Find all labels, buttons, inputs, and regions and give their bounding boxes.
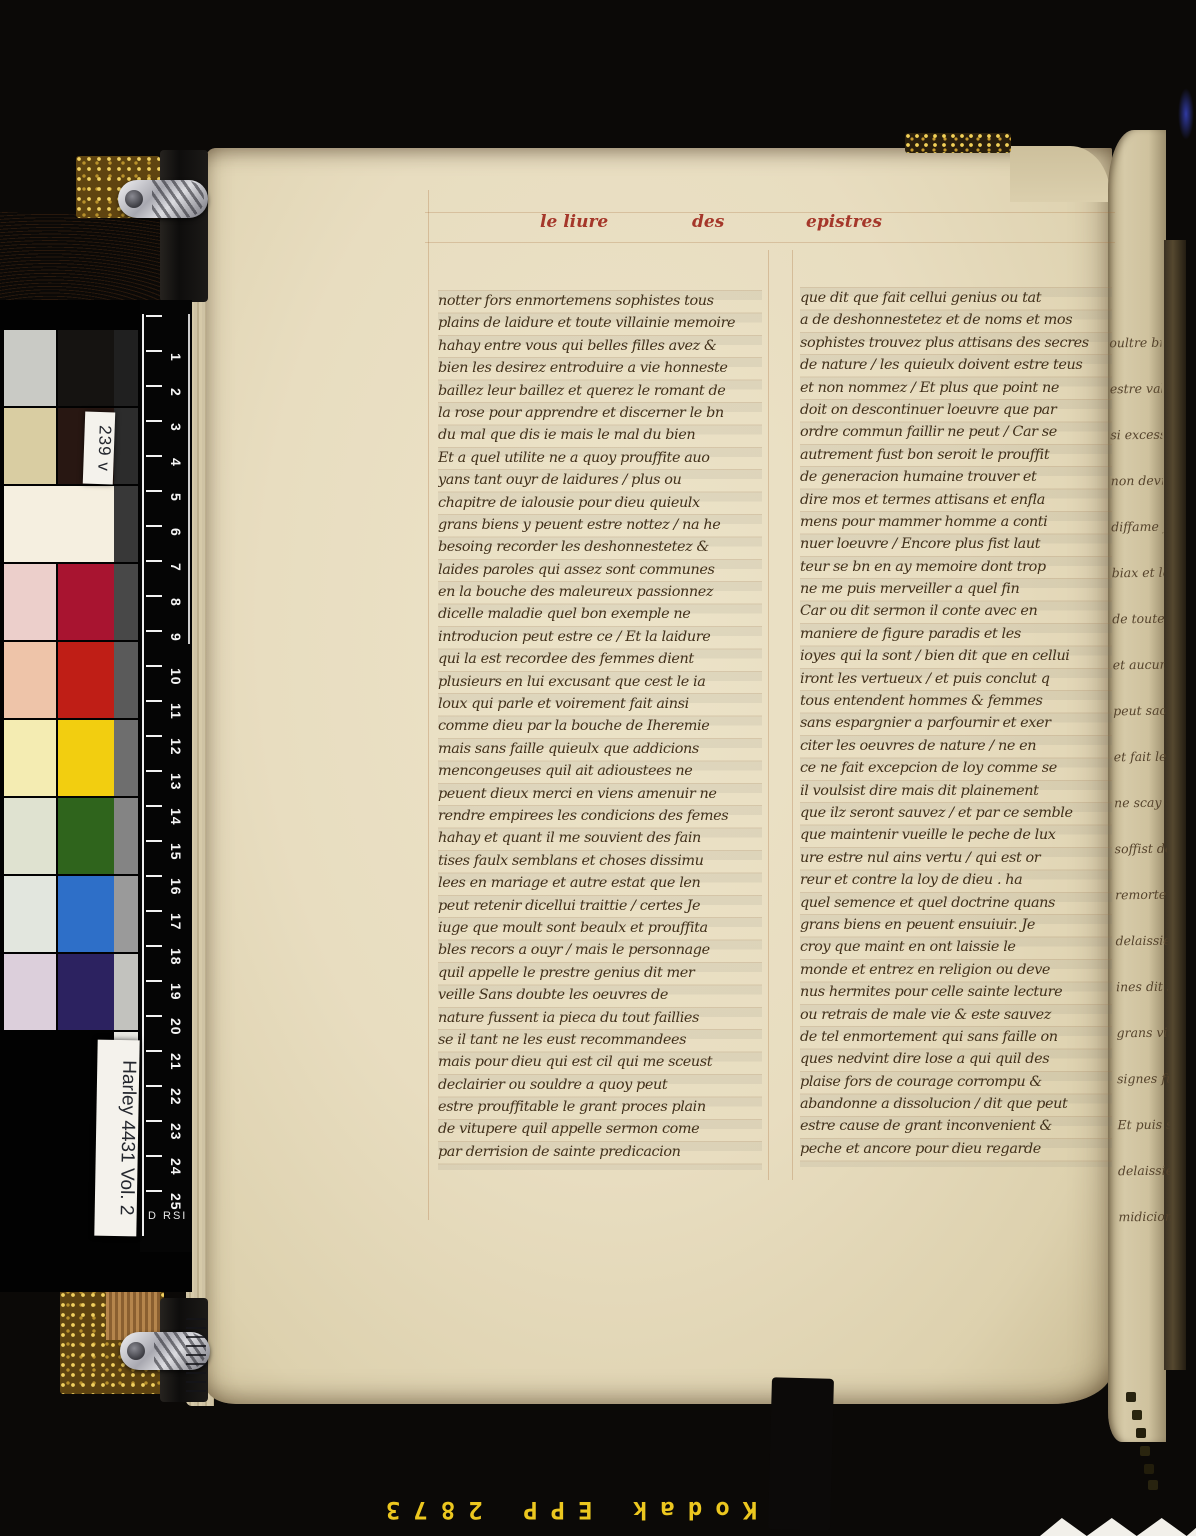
manuscript-text-line: du mal que dis ie mais le mal du bien <box>438 424 762 446</box>
manuscript-text-line: ne scay entends <box>1114 780 1166 827</box>
manuscript-text-line: dire mos et termes attisans et enfla <box>800 489 1112 511</box>
manuscript-text-line: plains de laidure et toute villainie mem… <box>438 312 762 334</box>
ruling-line-horizontal <box>425 242 1115 243</box>
manuscript-text-line: soffist de trem <box>1114 826 1166 873</box>
manuscript-text-line: de generacion humaine trouver et <box>800 466 1112 488</box>
manuscript-text-line: que maintenir vueille le peche de lux <box>800 824 1112 846</box>
manuscript-text-line: ce ne fait excepcion de loy comme se <box>800 757 1112 779</box>
shelfmark-label: Harley 4431 Vol. 2 <box>94 1040 139 1237</box>
manuscript-text-line: delaissier loeu <box>1115 918 1167 965</box>
manuscript-text-line: iront les vertueux / et puis conclut q <box>800 668 1112 690</box>
manuscript-text-line: biax et leurs m <box>1111 550 1163 597</box>
manuscript-text-line: de toute peates <box>1112 596 1164 643</box>
manuscript-text-line: de nature / les quieulx doivent estre te… <box>800 354 1112 376</box>
ruler-tick <box>146 315 162 317</box>
manuscript-text-line: introducion peut estre ce / Et la laidur… <box>438 626 762 648</box>
ruler-tick <box>146 560 162 562</box>
ruler-tick <box>146 1190 162 1192</box>
color-patch <box>4 876 56 952</box>
ruler-tick <box>146 770 162 772</box>
grayscale-step <box>114 564 138 640</box>
manuscript-text-line: notter fors enmortemens sophistes tous <box>438 290 762 312</box>
manuscript-text-line: et fait le ialou <box>1113 734 1165 781</box>
text-column-1: notter fors enmortemens sophistes touspl… <box>438 290 762 1170</box>
manuscript-text-line: grans biens en peuent ensuiuir. Je <box>800 914 1112 936</box>
manuscript-text-line: ioyes qui la sont / bien dit que en cell… <box>800 645 1112 667</box>
manuscript-text-line: se il tant ne les eust recommandees <box>438 1029 762 1051</box>
manuscript-text-line: comme dieu par la bouche de Iheremie <box>438 715 762 737</box>
manuscript-text-line: midicion de co <box>1118 1194 1170 1241</box>
manuscript-text-line: ne me puis merveiller a quel fin <box>800 578 1112 600</box>
manuscript-text-line: besoing recorder les deshonnestetez & <box>438 536 762 558</box>
manuscript-text-line: de vitupere quil appelle sermon come <box>438 1118 762 1140</box>
manuscript-text-line: quil appelle le prestre genius dit mer <box>438 962 762 984</box>
manuscript-text-line: estre cause de grant inconvenient & <box>800 1115 1112 1137</box>
manuscript-text-line: que ilz seront sauvez / et par ce semble <box>800 802 1112 824</box>
ruler-number: 1 <box>162 353 184 383</box>
film-stock-label: Kodak EPP 2873 <box>355 1488 775 1532</box>
color-patch <box>4 720 56 796</box>
running-title-word-3: epistres <box>806 212 882 232</box>
manuscript-text-line: que dit que fait cellui genius ou tat <box>800 287 1112 309</box>
ruler-tick <box>146 1015 162 1017</box>
manuscript-text-line: en la bouche des maleureux passionnez <box>438 581 762 603</box>
color-patch <box>4 564 56 640</box>
manuscript-text-line: doit on descontinuer loeuvre que par <box>800 399 1112 421</box>
manuscript-text-line: laides paroles qui assez sont communes <box>438 559 762 581</box>
grayscale-step <box>114 876 138 952</box>
manuscript-text-line: yans tant ouyr de laidures / plus ou <box>438 469 762 491</box>
ruler-tick <box>146 1085 162 1087</box>
grayscale-step <box>114 642 138 718</box>
ruler-number: 14 <box>162 808 184 838</box>
manuscript-text-line: ines dit sur to <box>1116 964 1168 1011</box>
ruler-tick <box>146 1120 162 1122</box>
ruler-tick <box>146 1155 162 1157</box>
grayscale-step <box>114 330 138 406</box>
ruler-number: 24 <box>162 1158 184 1188</box>
ruler-number: 9 <box>162 633 184 663</box>
ruler-number: 5 <box>162 493 184 523</box>
ruler-tick <box>146 665 162 667</box>
manuscript-text-line: plusieurs en lui excusant que cest le ia <box>438 671 762 693</box>
ruling-line-vertical <box>428 190 429 1220</box>
ruler-number: 2 <box>162 388 184 418</box>
ruler-tick <box>146 805 162 807</box>
manuscript-text-line: reur et contre la loy de dieu . ha <box>800 869 1112 891</box>
manuscript-text-line: si excessivemen <box>1110 412 1162 459</box>
ruler-number: 22 <box>162 1088 184 1118</box>
manuscript-text-line: nus hermites pour celle sainte lecture <box>800 981 1112 1003</box>
manuscript-text-line: Car ou dit sermon il conte avec en <box>800 600 1112 622</box>
ruler-tick <box>146 1050 162 1052</box>
ruler-tick <box>146 490 162 492</box>
manuscript-text-line: estre valable et <box>1110 366 1162 413</box>
ruler-tick <box>146 910 162 912</box>
ruler-number: 4 <box>162 458 184 488</box>
manuscript-text-line: monde et entrez en religion ou deve <box>800 959 1112 981</box>
ruler-number: 20 <box>162 1018 184 1048</box>
manuscript-text-line: tous entendent hommes & femmes <box>800 690 1112 712</box>
manuscript-text-line: abandonne a dissolucion / dit que peut <box>800 1093 1112 1115</box>
book-strap-bottom-gutter <box>768 1377 834 1531</box>
manuscript-text-line: signes fuyez f <box>1117 1056 1169 1103</box>
manuscript-text-line: declairier ou souldre a quoy peut <box>438 1074 762 1096</box>
manuscript-text-line: teur se bn en ay memoire dont trop <box>800 556 1112 578</box>
ruler-tick <box>146 980 162 982</box>
restraining-strap-top <box>160 150 208 302</box>
manuscript-text-line: ure estre nul ains vertu / qui est or <box>800 847 1112 869</box>
manuscript-text-line: sophistes trouvez plus attisans des secr… <box>800 332 1112 354</box>
ruler-number: 12 <box>162 738 184 768</box>
color-patch <box>4 486 114 562</box>
binding-edge-beads <box>1126 1392 1136 1402</box>
manuscript-photograph: 1234567891011121314151617181920212223242… <box>0 0 1196 1536</box>
ruler-number: 19 <box>162 983 184 1013</box>
small-metal-scale <box>186 1318 206 1396</box>
ruler-number: 10 <box>162 668 184 698</box>
manuscript-text-line: quel semence et quel doctrine quans <box>800 892 1112 914</box>
ruler-number: 11 <box>162 703 184 733</box>
ruling-line-vertical <box>792 250 793 1180</box>
color-patch <box>58 798 114 874</box>
film-edge-triangles <box>1040 1518 1196 1536</box>
manuscript-text-line: loux qui parle et voirement fait ainsi <box>438 693 762 715</box>
color-patch <box>4 642 56 718</box>
grayscale-step <box>114 720 138 796</box>
grayscale-step <box>114 486 138 562</box>
manuscript-text-line: bles recors a ouyr / mais le personnage <box>438 939 762 961</box>
manuscript-text-line: nuer loeuvre / Encore plus fist laut <box>800 533 1112 555</box>
manuscript-text-line: ou retrais de male vie & este sauvez <box>800 1004 1112 1026</box>
light-glint <box>1178 88 1194 140</box>
manuscript-text-line: grans biens y peuent estre nottez / na h… <box>438 514 762 536</box>
manuscript-text-line: nature fussent ia pieca du tout faillies <box>438 1007 762 1029</box>
ruler-tick <box>146 350 162 352</box>
manuscript-text-line: mens pour mammer homme a conti <box>800 511 1112 533</box>
manuscript-text-line: la rose pour apprendre et discerner le b… <box>438 402 762 424</box>
manuscript-text-line: veille Sans doubte les oeuvres de <box>438 984 762 1006</box>
grayscale-step <box>114 798 138 874</box>
manuscript-text-line: plaise fors de courage corrompu & <box>800 1071 1112 1093</box>
color-patch <box>58 876 114 952</box>
manuscript-text-line: remorte que l <box>1115 872 1167 919</box>
color-patch <box>4 798 56 874</box>
ruler-number: 6 <box>162 528 184 558</box>
ruler-footer-text: D RSI <box>148 1210 187 1222</box>
ruler-tick <box>146 875 162 877</box>
manuscript-text-line: ques nedvint dire lose a qui quil des <box>800 1048 1112 1070</box>
ruler-number: 17 <box>162 913 184 943</box>
color-patch <box>58 954 114 1030</box>
ruler-number: 21 <box>162 1053 184 1083</box>
manuscript-text-line: estre prouffitable le grant proces plain <box>438 1096 762 1118</box>
manuscript-text-line: mencongeuses quil ait adioustees ne <box>438 760 762 782</box>
ruler-tick <box>146 945 162 947</box>
manuscript-text-line: delaissier St <box>1118 1148 1170 1195</box>
ruler-number: 7 <box>162 563 184 593</box>
manuscript-text-line: Et a quel utilite ne a quoy prouffite au… <box>438 447 762 469</box>
manuscript-text-line: peche et ancore pour dieu regarde <box>800 1138 1112 1160</box>
manuscript-text-line: et aucunes en te <box>1112 642 1164 689</box>
ruler-number: 23 <box>162 1123 184 1153</box>
color-patch <box>4 330 56 406</box>
color-patch <box>4 408 56 484</box>
manuscript-text-line: par derrision de sainte predicacion <box>438 1141 762 1163</box>
gilded-page-top-edge <box>905 133 1011 153</box>
color-patch <box>4 954 56 1030</box>
color-patch <box>58 720 114 796</box>
manuscript-text-line: iuge que moult sont beaulx et prouffita <box>438 917 762 939</box>
ruler-tick <box>146 700 162 702</box>
manuscript-text-line: diffame fenme <box>1111 504 1163 551</box>
ruler-tick <box>146 630 162 632</box>
manuscript-text-line: rendre empirees les condicions des femes <box>438 805 762 827</box>
ruler-tick <box>146 595 162 597</box>
manuscript-text-line: chapitre de ialousie pour dieu quieulx <box>438 492 762 514</box>
ruler-tick <box>146 420 162 422</box>
manuscript-text-line: ordre commun faillir ne peut / Car se <box>800 421 1112 443</box>
manuscript-text-line: peut retenir dicellui traittie / certes … <box>438 895 762 917</box>
ruler-tick <box>146 385 162 387</box>
ruler-border-line <box>188 314 190 644</box>
manuscript-text-line: citer les oeuvres de nature / ne en <box>800 735 1112 757</box>
manuscript-text-line: a de deshonnestetez et de noms et mos <box>800 309 1112 331</box>
manuscript-text-line: croy que maint en ont laissie le <box>800 936 1112 958</box>
ruler-tick <box>146 840 162 842</box>
manuscript-text-line: non devraillen <box>1111 458 1163 505</box>
folio-number-label: 239 v <box>83 411 115 484</box>
ruler-number: 18 <box>162 948 184 978</box>
manuscript-text-line: qui la est recordee des femmes dient <box>438 648 762 670</box>
manuscript-text-line: mais pour dieu qui est cil qui me sceust <box>438 1051 762 1073</box>
manuscript-text-line: grans vitupere <box>1116 1010 1168 1057</box>
photographic-ruler: 1234567891011121314151617181920212223242… <box>140 300 192 1252</box>
running-title-word-2: des <box>692 212 724 232</box>
manuscript-text-line: peut saouler <box>1113 688 1165 735</box>
manuscript-text-line: maniere de figure paradis et les <box>800 623 1112 645</box>
color-patch <box>58 564 114 640</box>
ruler-tick <box>146 525 162 527</box>
manuscript-text-line: autrement fust bon seroit le prouffit <box>800 444 1112 466</box>
running-title-word-1: le liure <box>540 212 608 232</box>
facing-page-text-fragments: oultre bn petitestre valable etsi excess… <box>1109 320 1171 1260</box>
metal-clamp-top <box>118 180 208 218</box>
color-patch <box>58 642 114 718</box>
manuscript-text-line: tises faulx semblans et choses dissimu <box>438 850 762 872</box>
ruling-line-horizontal <box>425 212 1115 213</box>
manuscript-text-line: peuent dieux merci en viens amenuir ne <box>438 783 762 805</box>
manuscript-text-line: lees en mariage et autre estat que len <box>438 872 762 894</box>
manuscript-text-line: hahay entre vous qui belles filles avez … <box>438 335 762 357</box>
ruler-tick <box>146 735 162 737</box>
ruler-tick <box>146 455 162 457</box>
ruler-number: 3 <box>162 423 184 453</box>
manuscript-text-line: bien les desirez entroduire a vie honnes… <box>438 357 762 379</box>
manuscript-text-line: baillez leur baillez et querez le romant… <box>438 380 762 402</box>
text-column-2: que dit que fait cellui genius ou tata d… <box>800 287 1112 1167</box>
ruler-border-line <box>142 314 144 1236</box>
grayscale-step <box>114 408 138 484</box>
manuscript-text-line: hahay et quant il me souvient des fain <box>438 827 762 849</box>
color-patch <box>58 330 114 406</box>
ruler-number: 8 <box>162 598 184 628</box>
ruler-number: 15 <box>162 843 184 873</box>
manuscript-text-line: de tel enmortement qui sans faille on <box>800 1026 1112 1048</box>
manuscript-text-line: mais sans faille quieulx que addicions <box>438 738 762 760</box>
grayscale-step <box>114 954 138 1030</box>
ruler-number: 16 <box>162 878 184 908</box>
manuscript-text-line: et non nommez / Et plus que point ne <box>800 377 1112 399</box>
manuscript-text-line: oultre bn petit <box>1109 320 1161 367</box>
manuscript-text-line: sans espargnier a parfournir et exer <box>800 712 1112 734</box>
manuscript-text-line: dicelle maladie quel bon exemple ne <box>438 603 762 625</box>
ruler-number: 13 <box>162 773 184 803</box>
ruling-line-vertical <box>768 250 769 1180</box>
manuscript-text-line: Et puis si dit <box>1117 1102 1169 1149</box>
manuscript-text-line: il voulsist dire mais dit plainement <box>800 780 1112 802</box>
